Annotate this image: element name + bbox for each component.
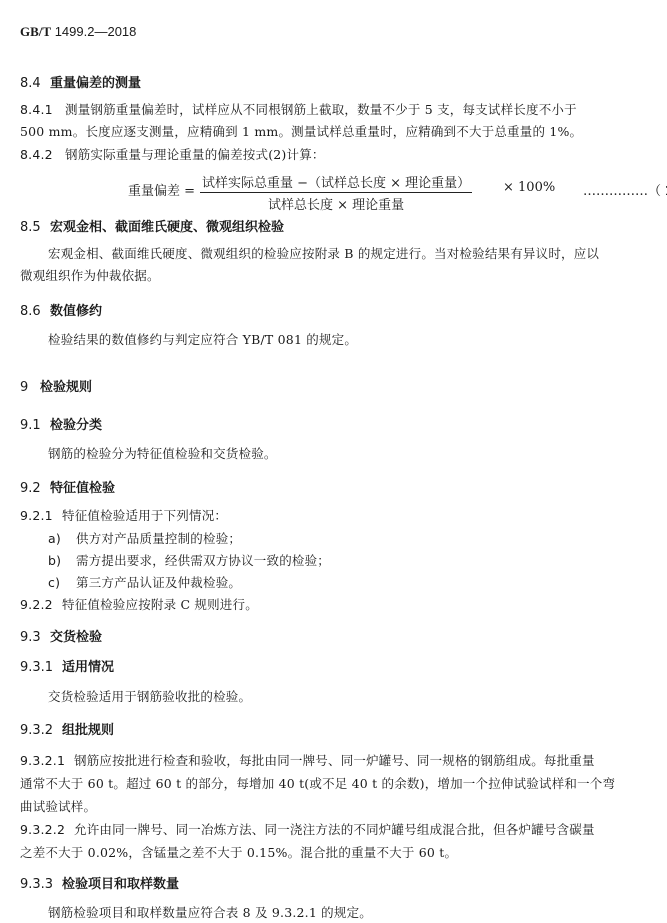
formula-denominator: 试样总长度 × 理论重量 [200, 193, 472, 213]
list-item-c: c)第三方产品认证及仲裁检验。 [48, 573, 241, 591]
para-9-3-2-2: 9.3.2.2允许由同一牌号、同一冶炼方法、同一浇注方法的不同炉罐号组成混合批，… [20, 820, 595, 838]
para-8-4-2: 8.4.2钢筋实际重量与理论重量的偏差按式(2)计算： [20, 145, 325, 163]
list-item-a: a)供方对产品质量控制的检验； [48, 529, 241, 547]
para-9-3-2-1-line3: 曲试验试样。 [20, 797, 96, 815]
para-9-2-2: 9.2.2特征值检验应按附录 C 规则进行。 [20, 595, 258, 613]
standard-number: 1499.2—2018 [55, 24, 137, 39]
para-8-4-1: 8.4.1测量钢筋重量偏差时，试样应从不同根钢筋上截取，数量不少于 5 支，每支… [20, 100, 577, 118]
heading-9-3-1: 9.3.1适用情况 [20, 656, 114, 675]
formula-fraction: 试样实际总重量 −（试样总长度 × 理论重量） 试样总长度 × 理论重量 [200, 172, 472, 213]
standard-prefix: GB/T [20, 24, 51, 39]
para-9-3-3: 钢筋检验项目和取样数量应符合表 8 及 9.3.2.1 的规定。 [48, 903, 372, 921]
heading-9-3: 9.3交货检验 [20, 626, 102, 645]
para-9-3-2-1-line2: 通常不大于 60 t。超过 60 t 的部分，每增加 40 t(或不足 40 t… [20, 774, 615, 792]
para-8-4-1-cont: 500 mm。长度应逐支测量，应精确到 1 mm。测量试样总重量时，应精确到不大… [20, 122, 582, 140]
formula-numerator: 试样实际总重量 −（试样总长度 × 理论重量） [200, 172, 472, 193]
heading-8-4: 8.4重量偏差的测量 [20, 72, 141, 91]
para-9-3-1: 交货检验适用于钢筋验收批的检验。 [48, 687, 251, 705]
heading-9-1: 9.1检验分类 [20, 414, 102, 433]
heading-9-2: 9.2特征值检验 [20, 477, 115, 496]
para-8-6: 检验结果的数值修约与判定应符合 YB/T 081 的规定。 [48, 330, 357, 348]
heading-8-5: 8.5宏观金相、截面维氏硬度、微观组织检验 [20, 216, 284, 235]
list-item-b: b)需方提出要求，经供需双方协议一致的检验； [48, 551, 330, 569]
equation-number: ……………（ 2 ） [583, 180, 667, 199]
formula-label: 重量偏差 = [128, 180, 195, 199]
para-9-3-2-2-line2: 之差不大于 0.02%，含锰量之差不大于 0.15%。混合批的重量不大于 60 … [20, 843, 457, 861]
para-8-5-line1: 宏观金相、截面维氏硬度、微观组织的检验应按附录 B 的规定进行。当对检验结果有异… [48, 244, 599, 262]
para-9-2-1: 9.2.1特征值检验适用于下列情况： [20, 506, 227, 524]
para-9-3-2-1: 9.3.2.1钢筋应按批进行检查和验收，每批由同一牌号、同一炉罐号、同一规格的钢… [20, 751, 595, 769]
formula-multiplier: × 100% [503, 180, 555, 195]
heading-8-6: 8.6数值修约 [20, 300, 102, 319]
para-9-1: 钢筋的检验分为特征值检验和交货检验。 [48, 444, 277, 462]
heading-9-3-3: 9.3.3检验项目和取样数量 [20, 873, 179, 892]
heading-9: 9检验规则 [20, 376, 92, 395]
para-8-5-line2: 微观组织作为仲裁依据。 [20, 266, 160, 284]
document-header: GB/T 1499.2—2018 [20, 24, 136, 40]
heading-9-3-2: 9.3.2组批规则 [20, 719, 114, 738]
